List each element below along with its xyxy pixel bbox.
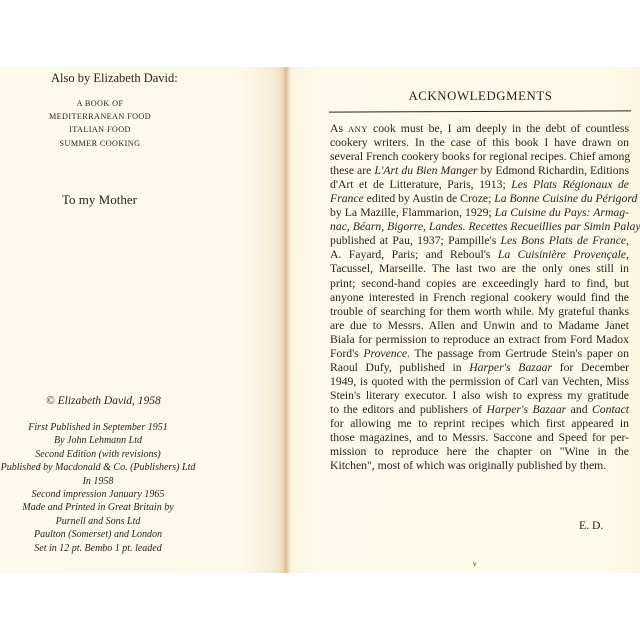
acknowledgments-body: As any cook must be, I am deeply in the … — [330, 122, 629, 473]
imprint-line: Second Edition (with revisions) — [0, 448, 196, 461]
body-text-line: to the editors and publishers of Harper'… — [330, 403, 629, 417]
signature-initials: E. D. — [579, 519, 603, 532]
body-text-line: As any cook must be, I am deeply in the … — [330, 122, 629, 136]
also-by-title: A BOOK OF — [0, 97, 200, 110]
body-text-line: several French cookery books for regiona… — [330, 150, 629, 164]
also-by-title: MEDITERRANEAN FOOD — [0, 110, 200, 123]
also-by-list: A BOOK OF MEDITERRANEAN FOOD ITALIAN FOO… — [0, 97, 200, 150]
body-text-line: 1949, is quoted with the permission of C… — [330, 375, 629, 389]
body-text-line: Tacussel, Marseille. The last two are th… — [330, 262, 629, 276]
imprint-line: Second impression January 1965 — [0, 488, 196, 501]
imprint-line: Purnell and Sons Ltd — [0, 515, 196, 528]
body-text-line: Ford's Provence. The passage from Gertru… — [330, 347, 629, 361]
book-spread: Also by Elizabeth David: A BOOK OF MEDIT… — [0, 67, 640, 573]
body-text-line: Kitchen", most of which was originally p… — [330, 459, 629, 473]
also-by-title: ITALIAN FOOD — [0, 123, 200, 136]
left-page: Also by Elizabeth David: A BOOK OF MEDIT… — [0, 67, 284, 573]
imprint-block: First Published in September 1951 By Joh… — [0, 421, 196, 555]
imprint-line: Published by Macdonald & Co. (Publishers… — [0, 461, 196, 474]
page-number: v — [473, 560, 477, 568]
body-text-line: Stein's literary executor. I also wish t… — [330, 389, 629, 403]
imprint-line: In 1958 — [0, 475, 196, 488]
body-text-line: these are L'Art du Bien Manger by Edmond… — [330, 164, 629, 178]
imprint-line: Made and Printed in Great Britain by — [0, 501, 196, 514]
body-text-line: A. Fayard, Paris; and Reboul's La Cuisin… — [330, 248, 629, 262]
body-text-line: mission to reproduce here the chapter on… — [330, 445, 629, 459]
also-by-heading: Also by Elizabeth David: — [51, 71, 178, 86]
body-text-line: published at Pau, 1937; Pampille's Les B… — [330, 234, 629, 248]
body-text-line: trouble of searching for them worth whil… — [330, 305, 629, 319]
right-page: ACKNOWLEDGMENTS As any cook must be, I a… — [291, 67, 640, 573]
copyright-notice: © Elizabeth David, 1958 — [46, 395, 161, 407]
body-text-line: for allowing me to reprint recipes which… — [330, 417, 629, 431]
body-text-line: France edited by Austin de Croze; La Bon… — [330, 192, 629, 206]
book-spine-gutter — [281, 67, 291, 573]
body-text-line: cookery writers. In the case of this boo… — [330, 136, 629, 150]
body-text-line: print; second-hand copies are exceedingl… — [330, 277, 629, 291]
body-text-line: d'Art et de Litterature, Paris, 1913; Le… — [330, 178, 629, 192]
body-text-line: Biala for permission to reproduce an ext… — [330, 333, 629, 347]
body-text-line: anyone interested in French regional coo… — [330, 291, 629, 305]
body-text-line: Raoul Dufy, published in Harper's Bazaar… — [330, 361, 629, 375]
imprint-line: By John Lehmann Ltd — [0, 434, 196, 447]
body-text-line: are due to Messrs. Allen and Unwin and t… — [330, 319, 629, 333]
dedication: To my Mother — [62, 192, 137, 208]
acknowledgments-title: ACKNOWLEDGMENTS — [291, 89, 640, 104]
body-text-line: nac, Béarn, Bigorre, Landes. Recettes Re… — [330, 220, 629, 234]
imprint-line: First Published in September 1951 — [0, 421, 196, 434]
body-text-line: those magazines, and to Messrs. Saccone … — [330, 431, 629, 445]
body-text-line: by La Mazille, Flammarion, 1929; La Cuis… — [330, 206, 629, 220]
imprint-line: Paulton (Somerset) and London — [0, 528, 196, 541]
imprint-line: Set in 12 pt. Bembo 1 pt. leaded — [0, 542, 196, 555]
also-by-title: SUMMER COOKING — [0, 137, 200, 150]
title-rule-divider — [329, 110, 631, 112]
